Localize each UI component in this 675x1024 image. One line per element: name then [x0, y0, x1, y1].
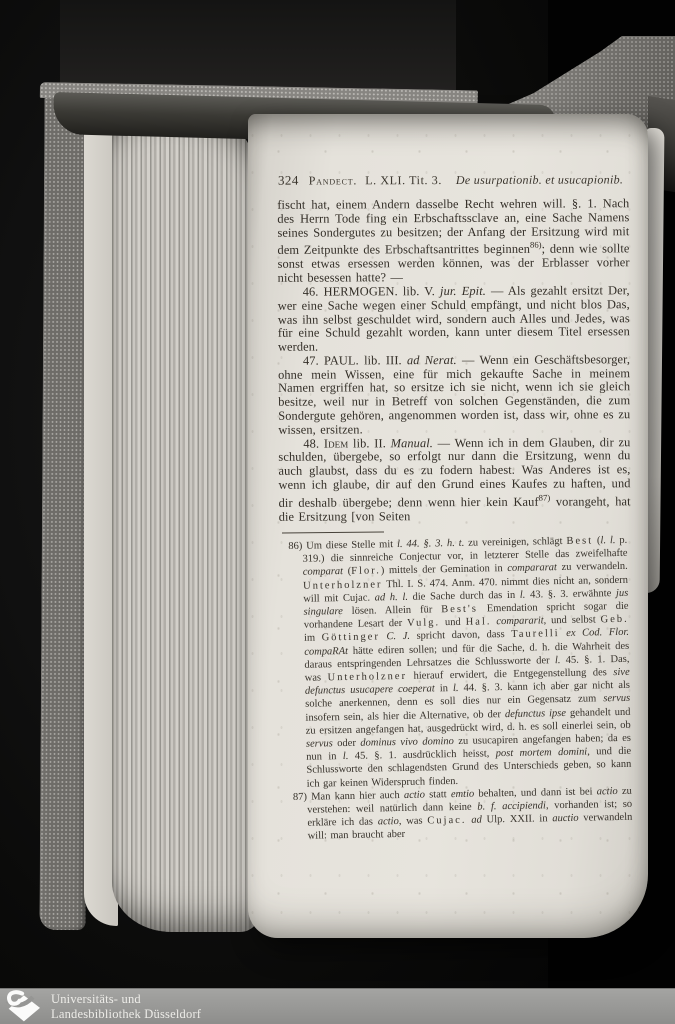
scanned-book-photo: 324 Pandect. L. XLI. Tit. 3. De usurpati…: [0, 0, 675, 1024]
header-running-title: De usurpationib. et usucapionib.: [456, 172, 623, 188]
paragraph-48: 48. Idem lib. II. Manual. — Wenn ich in …: [278, 436, 630, 524]
book-page: 324 Pandect. L. XLI. Tit. 3. De usurpati…: [248, 114, 648, 938]
body-text: fischt hat, einem Andern dasselbe Recht …: [277, 197, 630, 524]
paragraph-continuation: fischt hat, einem Andern dasselbe Recht …: [277, 197, 629, 285]
book-cover-cloth-left: [39, 88, 90, 930]
page-header: 324 Pandect. L. XLI. Tit. 3. De usurpati…: [278, 171, 630, 188]
footnotes: 86) Um diese Stelle mit l. 44. §. 3. h. …: [288, 533, 633, 843]
header-citation: L. XLI. Tit. 3.: [365, 173, 442, 188]
footnote-87: 87) Man kann hier auch actio statt emtio…: [293, 784, 633, 843]
library-banner: Universitäts- und Landesbibliothek Düsse…: [0, 988, 675, 1024]
header-series: Pandect.: [309, 173, 358, 188]
page-number: 324: [278, 173, 299, 189]
ulb-logo-icon: [2, 990, 44, 1024]
page-content: 324 Pandect. L. XLI. Tit. 3. De usurpati…: [248, 114, 648, 938]
page-stack-fore-edge: [112, 98, 260, 932]
footnote-86: 86) Um diese Stelle mit l. 44. §. 3. h. …: [288, 533, 632, 790]
banner-line2: Landesbibliothek Düsseldorf: [51, 1007, 201, 1023]
banner-line1: Universitäts- und: [51, 992, 201, 1008]
library-banner-text: Universitäts- und Landesbibliothek Düsse…: [51, 992, 201, 1023]
book-cover-board: [60, 0, 456, 96]
paragraph-47: 47. PAUL. lib. III. ad Nerat. — Wenn ein…: [278, 353, 630, 437]
footnote-rule: [282, 531, 384, 533]
paragraph-46: 46. HERMOGEN. lib. V. jur. Epit. — Als g…: [278, 284, 630, 355]
